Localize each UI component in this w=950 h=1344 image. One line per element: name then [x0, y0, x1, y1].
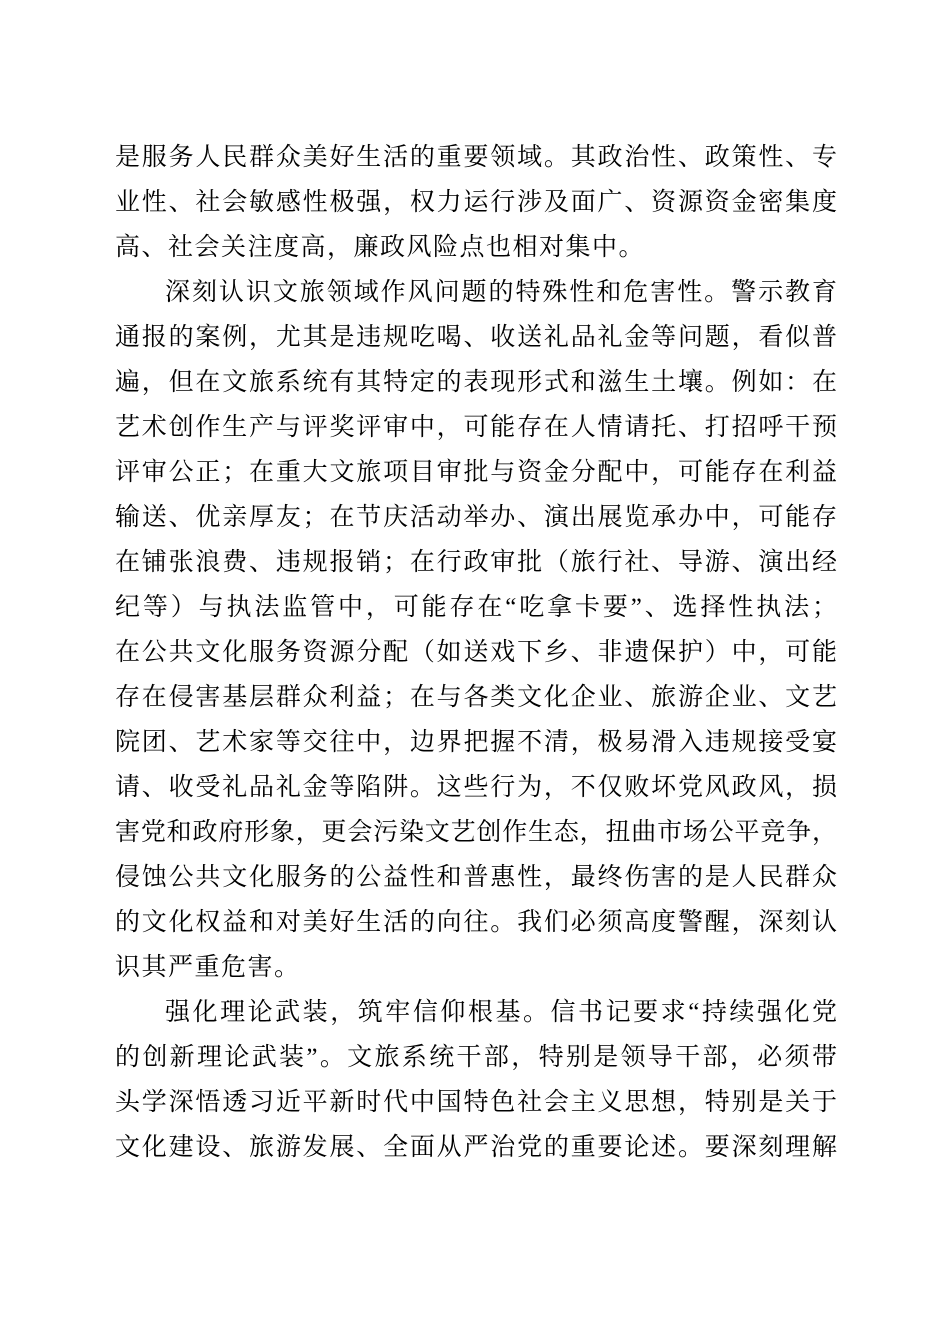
text-line: 文化建设、旅游发展、全面从严治党的重要论述。要深刻理解 — [115, 1125, 837, 1170]
text-line: 评审公正；在重大文旅项目审批与资金分配中，可能存在利益 — [115, 450, 837, 495]
text-line: 纪等）与执法监管中，可能存在“吃拿卡要”、选择性执法； — [115, 585, 837, 630]
text-line: 高、社会关注度高，廉政风险点也相对集中。 — [115, 225, 837, 270]
paragraph: 深刻认识文旅领域作风问题的特殊性和危害性。警示教育 通报的案例，尤其是违规吃喝、… — [115, 270, 837, 990]
paragraph: 是服务人民群众美好生活的重要领域。其政治性、政策性、专 业性、社会敏感性极强，权… — [115, 135, 837, 270]
text-line: 是服务人民群众美好生活的重要领域。其政治性、政策性、专 — [115, 135, 837, 180]
text-line: 深刻认识文旅领域作风问题的特殊性和危害性。警示教育 — [115, 270, 837, 315]
text-line: 的文化权益和对美好生活的向往。我们必须高度警醒，深刻认 — [115, 900, 837, 945]
document-page: 是服务人民群众美好生活的重要领域。其政治性、政策性、专 业性、社会敏感性极强，权… — [0, 0, 950, 1344]
text-line: 存在侵害基层群众利益；在与各类文化企业、旅游企业、文艺 — [115, 675, 837, 720]
document-body: 是服务人民群众美好生活的重要领域。其政治性、政策性、专 业性、社会敏感性极强，权… — [115, 135, 837, 1170]
text-line: 害党和政府形象，更会污染文艺创作生态，扭曲市场公平竞争， — [115, 810, 837, 855]
text-line: 输送、优亲厚友；在节庆活动举办、演出展览承办中，可能存 — [115, 495, 837, 540]
text-line: 院团、艺术家等交往中，边界把握不清，极易滑入违规接受宴 — [115, 720, 837, 765]
text-line: 头学深悟透习近平新时代中国特色社会主义思想，特别是关于 — [115, 1080, 837, 1125]
text-line: 在公共文化服务资源分配（如送戏下乡、非遗保护）中，可能 — [115, 630, 837, 675]
paragraph: 强化理论武装，筑牢信仰根基。信书记要求“持续强化党 的创新理论武装”。文旅系统干… — [115, 990, 837, 1170]
text-line: 的创新理论武装”。文旅系统干部，特别是领导干部，必须带 — [115, 1035, 837, 1080]
text-line: 艺术创作生产与评奖评审中，可能存在人情请托、打招呼干预 — [115, 405, 837, 450]
text-line: 遍，但在文旅系统有其特定的表现形式和滋生土壤。例如：在 — [115, 360, 837, 405]
text-line: 通报的案例，尤其是违规吃喝、收送礼品礼金等问题，看似普 — [115, 315, 837, 360]
text-line: 识其严重危害。 — [115, 945, 837, 990]
text-line: 请、收受礼品礼金等陷阱。这些行为，不仅败坏党风政风，损 — [115, 765, 837, 810]
text-line: 强化理论武装，筑牢信仰根基。信书记要求“持续强化党 — [115, 990, 837, 1035]
text-line: 在铺张浪费、违规报销；在行政审批（旅行社、导游、演出经 — [115, 540, 837, 585]
text-line: 业性、社会敏感性极强，权力运行涉及面广、资源资金密集度 — [115, 180, 837, 225]
text-line: 侵蚀公共文化服务的公益性和普惠性，最终伤害的是人民群众 — [115, 855, 837, 900]
